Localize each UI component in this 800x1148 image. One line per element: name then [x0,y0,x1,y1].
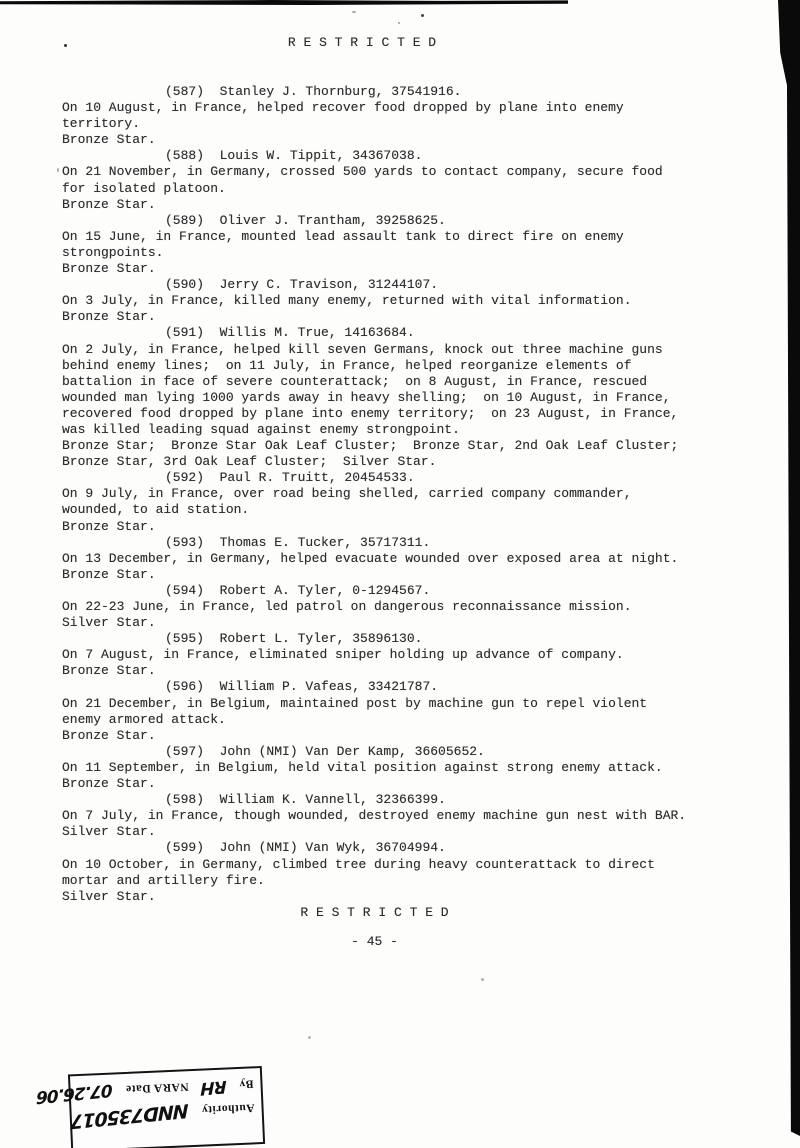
award-line: Bronze Star. [62,132,687,148]
citation-line: On 10 October, in Germany, climbed tree … [62,857,687,873]
award-line: Silver Star. [62,615,687,631]
citation-list: (587) Stanley J. Thornburg, 37541916.On … [62,84,687,950]
entry-heading: (587) Stanley J. Thornburg, 37541916. [62,84,687,100]
scan-speck [352,11,356,13]
citation-line: On 21 December, in Belgium, maintained p… [62,696,687,712]
scan-speck [398,22,400,24]
citation-line: On 3 July, in France, killed many enemy,… [62,293,687,309]
scan-speck [308,1036,311,1039]
award-line: Bronze Star. [62,309,687,325]
citation-line: On 15 June, in France, mounted lead assa… [62,229,687,245]
citation-line: was killed leading squad against enemy s… [62,422,687,438]
scan-speck [57,168,59,172]
citation-line: recovered food dropped by plane into ene… [62,406,687,422]
award-line: Bronze Star. [62,728,687,744]
nara-declassification-stamp: Authority NND735017 By RH NARA Date 07.2… [68,1066,265,1148]
entry-heading: (594) Robert A. Tyler, 0-1294567. [62,583,687,599]
scan-speck [481,978,484,981]
entry-heading: (591) Willis M. True, 14163684. [62,325,687,341]
citation-line: On 2 July, in France, helped kill seven … [62,342,687,358]
citation-line: enemy armored attack. [62,712,687,728]
citation-line: strongpoints. [62,245,687,261]
citation-line: territory. [62,116,687,132]
entry-heading: (597) John (NMI) Van Der Kamp, 36605652. [62,744,687,760]
entry-heading: (592) Paul R. Truitt, 20454533. [62,470,687,486]
stamp-date-label: NARA Date [125,1080,188,1095]
award-line: Bronze Star. [62,197,687,213]
citation-line: On 7 July, in France, though wounded, de… [62,808,687,824]
award-line: Bronze Star; Bronze Star Oak Leaf Cluste… [62,438,687,454]
award-line: Bronze Star. [62,519,687,535]
stamp-authority-label: Authority [201,1101,255,1115]
citation-line: for isolated platoon. [62,181,687,197]
entries-container: (587) Stanley J. Thornburg, 37541916.On … [62,84,687,905]
award-line: Bronze Star. [62,261,687,277]
scan-edge-artifact-right [787,0,800,1136]
citation-line: On 13 December, in Germany, helped evacu… [62,551,687,567]
citation-line: On 21 November, in Germany, crossed 500 … [62,164,687,180]
award-line: Bronze Star. [62,567,687,583]
scan-edge-artifact-right-top [778,0,800,88]
entry-heading: (595) Robert L. Tyler, 35896130. [62,631,687,647]
citation-line: On 11 September, in Belgium, held vital … [62,760,687,776]
award-line: Silver Star. [62,824,687,840]
stamp-authority-value: NND735017 [71,1099,189,1132]
citation-line: On 10 August, in France, helped recover … [62,100,687,116]
scan-speck [421,14,424,17]
entry-heading: (588) Louis W. Tippit, 34367038. [62,148,687,164]
entry-heading: (590) Jerry C. Travison, 31244107. [62,277,687,293]
citation-line: battalion in face of severe counterattac… [62,374,687,390]
entry-heading: (599) John (NMI) Van Wyk, 36704994. [62,840,687,856]
award-line: Bronze Star. [62,663,687,679]
citation-line: behind enemy lines; on 11 July, in Franc… [62,358,687,374]
award-line: Silver Star. [62,889,687,905]
entry-heading: (593) Thomas E. Tucker, 35717311. [62,535,687,551]
stamp-by-value: RH [201,1075,226,1100]
stamp-by-label: By [239,1077,254,1090]
citation-line: On 7 August, in France, eliminated snipe… [62,647,687,663]
entry-heading: (596) William P. Vafeas, 33421787. [62,679,687,695]
classification-marking-top: R E S T R I C T E D [62,35,662,51]
scanned-document-page: R E S T R I C T E D (587) Stanley J. Tho… [0,0,800,1148]
classification-marking-bottom: R E S T R I C T E D [62,905,687,921]
citation-line: On 22-23 June, in France, led patrol on … [62,599,687,615]
scan-edge-artifact-top [0,0,568,5]
award-line: Bronze Star, 3rd Oak Leaf Cluster; Silve… [62,454,687,470]
citation-line: On 9 July, in France, over road being sh… [62,486,687,502]
citation-line: wounded, to aid station. [62,502,687,518]
citation-line: mortar and artillery fire. [62,873,687,889]
page-number: - 45 - [62,934,687,950]
entry-heading: (589) Oliver J. Trantham, 39258625. [62,213,687,229]
award-line: Bronze Star. [62,776,687,792]
citation-line: wounded man lying 1000 yards away in hea… [62,390,687,406]
entry-heading: (598) William K. Vannell, 32366399. [62,792,687,808]
